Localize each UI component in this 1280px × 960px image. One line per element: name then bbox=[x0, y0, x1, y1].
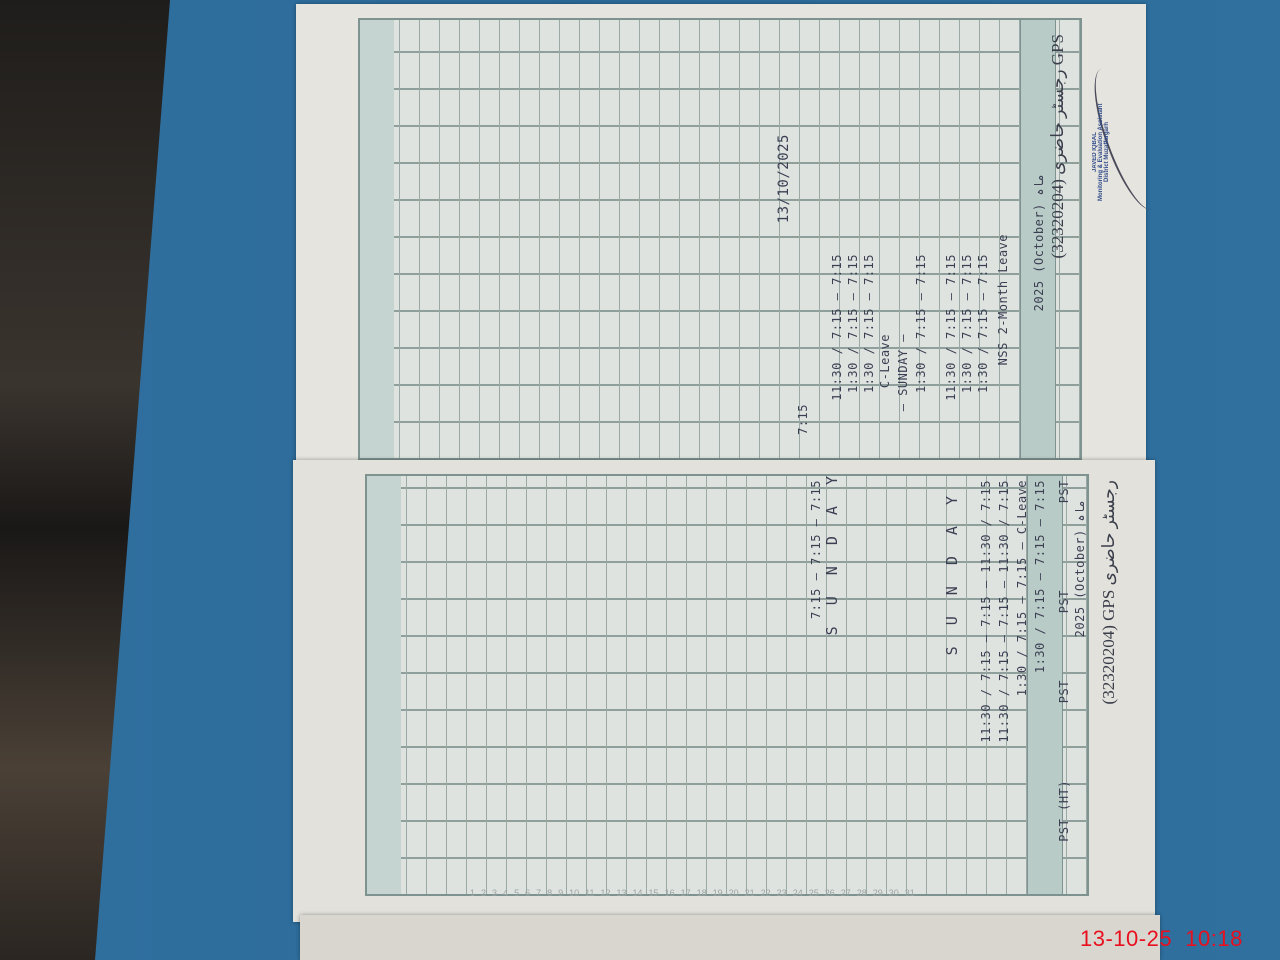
entry-row: 11:30 / 7:15 — 7:15 bbox=[830, 254, 844, 401]
leave-row: C-Leave bbox=[878, 334, 892, 388]
day-number: 2 bbox=[481, 888, 486, 898]
entry-row: 1:30 / 7:15 — 7:15 bbox=[960, 254, 974, 393]
sunday-row: — SUNDAY — bbox=[896, 334, 910, 411]
entry-row: 1:30 / 7:15 — 7:15 — 7:15 bbox=[1033, 480, 1047, 673]
sunday-row-2: S U N D A Y bbox=[823, 470, 841, 635]
day-number: 22 bbox=[761, 888, 771, 898]
day-number: 5 bbox=[514, 888, 519, 898]
day-number: 30 bbox=[889, 888, 899, 898]
day-number: 26 bbox=[825, 888, 835, 898]
day-number: 19 bbox=[713, 888, 723, 898]
day-number: 3 bbox=[492, 888, 497, 898]
register-title: (32320204) رجسٹر حاضری GPS bbox=[1048, 34, 1068, 258]
day-number: 9 bbox=[558, 888, 563, 898]
official-stamp: JAVED IQBAL Monitoring & Evaluation Assi… bbox=[1092, 92, 1116, 212]
month-line: 2025 (October) ماہ bbox=[1032, 174, 1046, 311]
entry-row: 11:30 / 7:15 — 7:15 — 11:30 / 7:15 bbox=[997, 480, 1011, 743]
day-number: 21 bbox=[745, 888, 755, 898]
day-number: 11 bbox=[585, 888, 594, 898]
register-page-top: (32320204) رجسٹر حاضری GPS 2025 (October… bbox=[296, 4, 1146, 466]
entry-row: 1:30 / 7:15 — 7:15 bbox=[976, 254, 990, 393]
designation-3: PST bbox=[1057, 680, 1071, 703]
day-number: 7 bbox=[536, 888, 541, 898]
attendance-grid-top bbox=[358, 18, 1082, 460]
signature-date: 13/10/2025 bbox=[776, 134, 792, 223]
entry-row: 1:30 / 7:15 — 7:15 bbox=[846, 254, 860, 393]
entry-row: 7:15 — 7:15 — 7:15 bbox=[809, 480, 823, 619]
entry-row: 1:30 / 7:15 — 7:15 — C-Leave bbox=[1015, 480, 1029, 696]
day-number: 6 bbox=[525, 888, 530, 898]
sunday-row: S U N D A Y bbox=[943, 490, 961, 655]
name-column-band bbox=[367, 476, 401, 894]
entry-row: 7:15 bbox=[796, 404, 810, 435]
name-column-band bbox=[360, 20, 394, 458]
day-number: 23 bbox=[777, 888, 787, 898]
day-number: 1 bbox=[470, 888, 475, 898]
day-number: 10 bbox=[569, 888, 579, 898]
day-number: 27 bbox=[841, 888, 851, 898]
day-number-strip: 1 2 3 4 5 6 7 8 9 10 11 12 13 14 15 16 1… bbox=[470, 882, 1050, 904]
day-number: 4 bbox=[503, 888, 508, 898]
register-title: (32320204) GPS رجسٹر حاضری bbox=[1099, 480, 1119, 704]
entry-row: 1:30 / 7:15 — 7:15 bbox=[914, 254, 928, 393]
day-number: 25 bbox=[809, 888, 819, 898]
entry-row: 11:30 / 7:15 — 7:15 bbox=[944, 254, 958, 401]
day-number: 29 bbox=[873, 888, 883, 898]
day-number: 18 bbox=[697, 888, 707, 898]
entry-row: 11:30 / 7:15 — 7:15 — 11:30 / 7:15 bbox=[979, 480, 993, 743]
stamp-district: District Muzaffargarh bbox=[1104, 92, 1110, 212]
day-number: 14 bbox=[633, 888, 643, 898]
day-number: 8 bbox=[547, 888, 552, 898]
designation-2: PST bbox=[1057, 590, 1071, 613]
column-note: NSS 2-Month Leave bbox=[996, 234, 1010, 365]
day-number: 15 bbox=[649, 888, 659, 898]
day-number: 31 bbox=[905, 888, 915, 898]
day-number: 28 bbox=[857, 888, 867, 898]
day-number: 20 bbox=[729, 888, 739, 898]
designation-1: PST bbox=[1057, 480, 1071, 503]
register-page-bottom: (32320204) GPS رجسٹر حاضری 2025 (October… bbox=[293, 460, 1155, 922]
day-number: 13 bbox=[617, 888, 627, 898]
month-line: 2025 (October) ماہ bbox=[1073, 500, 1087, 637]
day-number: 17 bbox=[681, 888, 691, 898]
day-number: 16 bbox=[665, 888, 675, 898]
entry-row: 1:30 / 7:15 — 7:15 bbox=[862, 254, 876, 393]
day-number: 24 bbox=[793, 888, 803, 898]
photo-timestamp: 13-10-25 10:18 bbox=[1080, 926, 1243, 952]
day-number: 12 bbox=[601, 888, 611, 898]
designation-4: PST (HT) bbox=[1057, 780, 1071, 842]
under-page-edge bbox=[300, 915, 1160, 960]
